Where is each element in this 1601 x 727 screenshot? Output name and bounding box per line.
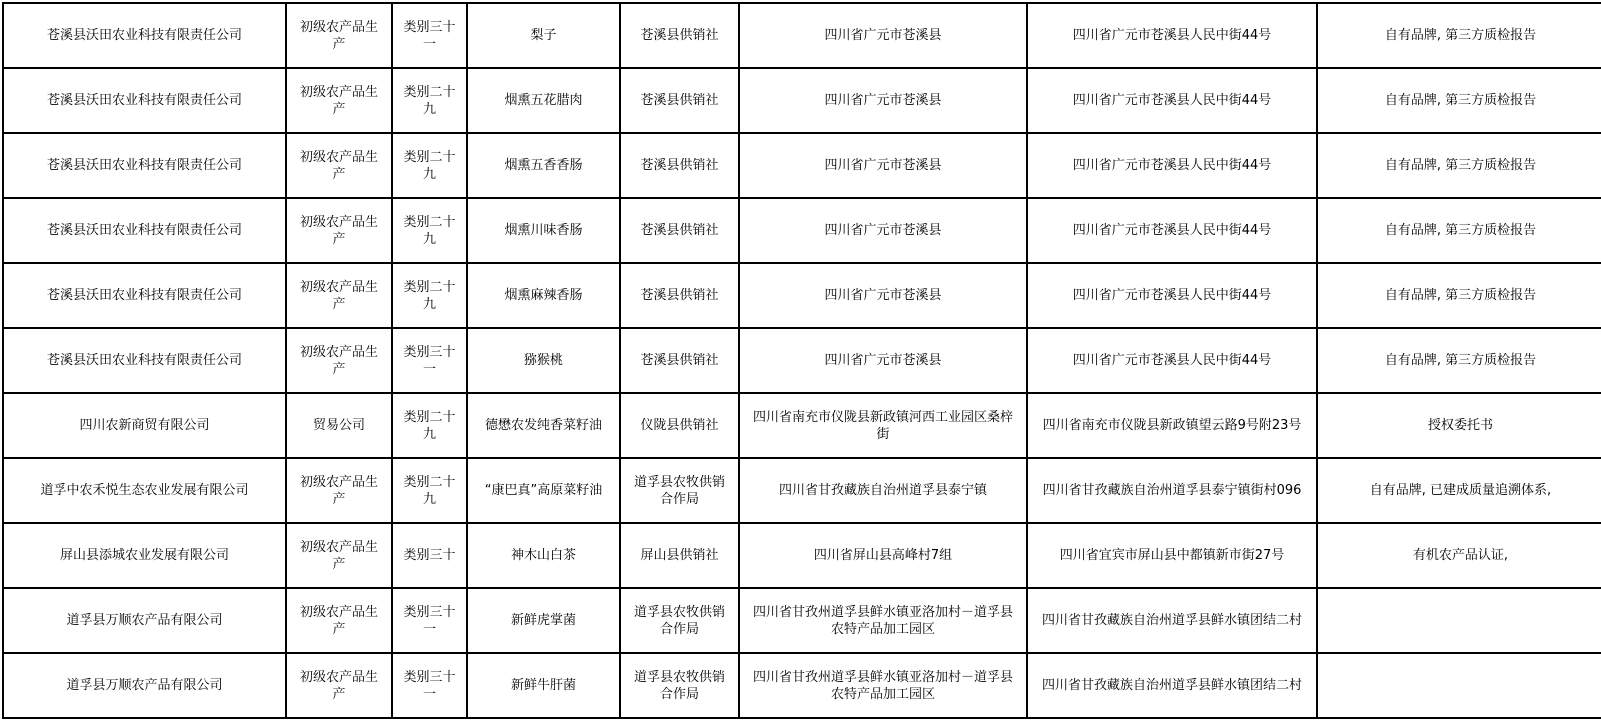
cell-product-name: 烟熏五花腊肉 (467, 68, 620, 133)
cell-registered-address: 四川省宜宾市屏山县中都镇新市街27号 (1027, 523, 1317, 588)
cell-qualification-notes: 自有品牌, 第三方质检报告 (1317, 263, 1601, 328)
cell-category: 类别二十九 (392, 198, 467, 263)
cell-category: 类别二十九 (392, 393, 467, 458)
cell-product-name: 烟熏川味香肠 (467, 198, 620, 263)
cell-registered-address: 四川省广元市苍溪县人民中街44号 (1027, 263, 1317, 328)
cell-qualification-notes: 自有品牌, 第三方质检报告 (1317, 328, 1601, 393)
cell-business-type: 初级农产品生产 (286, 523, 392, 588)
cell-qualification-notes: 自有品牌, 第三方质检报告 (1317, 3, 1601, 68)
cell-supply-cooperative: 道孚县农牧供销合作局 (620, 653, 739, 718)
cell-supply-cooperative: 苍溪县供销社 (620, 328, 739, 393)
cell-registered-address: 四川省广元市苍溪县人民中街44号 (1027, 3, 1317, 68)
table-row: 苍溪县沃田农业科技有限责任公司初级农产品生产类别二十九烟熏川味香肠苍溪县供销社四… (3, 198, 1601, 263)
cell-production-address: 四川省广元市苍溪县 (739, 68, 1027, 133)
cell-company-name: 苍溪县沃田农业科技有限责任公司 (3, 263, 286, 328)
cell-product-name: 神木山白茶 (467, 523, 620, 588)
table-row: 苍溪县沃田农业科技有限责任公司初级农产品生产类别二十九烟熏五花腊肉苍溪县供销社四… (3, 68, 1601, 133)
cell-business-type: 初级农产品生产 (286, 653, 392, 718)
cell-supply-cooperative: 苍溪县供销社 (620, 3, 739, 68)
cell-product-name: 烟熏麻辣香肠 (467, 263, 620, 328)
cell-qualification-notes: 自有品牌, 第三方质检报告 (1317, 68, 1601, 133)
cell-category: 类别二十九 (392, 458, 467, 523)
cell-company-name: 四川农新商贸有限公司 (3, 393, 286, 458)
cell-registered-address: 四川省甘孜藏族自治州道孚县泰宁镇街村096 (1027, 458, 1317, 523)
cell-production-address: 四川省甘孜州道孚县鲜水镇亚洛加村－道孚县农特产品加工园区 (739, 588, 1027, 653)
cell-registered-address: 四川省广元市苍溪县人民中街44号 (1027, 133, 1317, 198)
table-row: 屏山县添城农业发展有限公司初级农产品生产类别三十神木山白茶屏山县供销社四川省屏山… (3, 523, 1601, 588)
cell-business-type: 初级农产品生产 (286, 328, 392, 393)
cell-production-address: 四川省南充市仪陇县新政镇河西工业园区桑梓街 (739, 393, 1027, 458)
cell-production-address: 四川省广元市苍溪县 (739, 3, 1027, 68)
cell-production-address: 四川省广元市苍溪县 (739, 133, 1027, 198)
table-row: 苍溪县沃田农业科技有限责任公司初级农产品生产类别二十九烟熏麻辣香肠苍溪县供销社四… (3, 263, 1601, 328)
cell-company-name: 道孚中农禾悦生态农业发展有限公司 (3, 458, 286, 523)
cell-supply-cooperative: 屏山县供销社 (620, 523, 739, 588)
cell-company-name: 苍溪县沃田农业科技有限责任公司 (3, 198, 286, 263)
cell-qualification-notes: 授权委托书 (1317, 393, 1601, 458)
cell-supply-cooperative: 道孚县农牧供销合作局 (620, 588, 739, 653)
cell-registered-address: 四川省甘孜藏族自治州道孚县鲜水镇团结二村 (1027, 588, 1317, 653)
cell-category: 类别三十一 (392, 3, 467, 68)
cell-category: 类别二十九 (392, 68, 467, 133)
cell-qualification-notes (1317, 653, 1601, 718)
cell-supply-cooperative: 仪陇县供销社 (620, 393, 739, 458)
cell-registered-address: 四川省广元市苍溪县人民中街44号 (1027, 328, 1317, 393)
cell-qualification-notes: 自有品牌, 第三方质检报告 (1317, 133, 1601, 198)
cell-company-name: 苍溪县沃田农业科技有限责任公司 (3, 133, 286, 198)
cell-category: 类别二十九 (392, 133, 467, 198)
supplier-products-table-view: 苍溪县沃田农业科技有限责任公司初级农产品生产类别三十一梨子苍溪县供销社四川省广元… (0, 0, 1601, 727)
cell-production-address: 四川省甘孜州道孚县鲜水镇亚洛加村－道孚县农特产品加工园区 (739, 653, 1027, 718)
cell-product-name: 新鲜虎掌菌 (467, 588, 620, 653)
cell-business-type: 初级农产品生产 (286, 263, 392, 328)
cell-company-name: 苍溪县沃田农业科技有限责任公司 (3, 68, 286, 133)
supplier-products-table: 苍溪县沃田农业科技有限责任公司初级农产品生产类别三十一梨子苍溪县供销社四川省广元… (2, 2, 1601, 719)
cell-qualification-notes (1317, 588, 1601, 653)
cell-category: 类别三十一 (392, 653, 467, 718)
cell-category: 类别三十一 (392, 588, 467, 653)
cell-product-name: 德懋农发纯香菜籽油 (467, 393, 620, 458)
cell-company-name: 屏山县添城农业发展有限公司 (3, 523, 286, 588)
table-row: 四川农新商贸有限公司贸易公司类别二十九德懋农发纯香菜籽油仪陇县供销社四川省南充市… (3, 393, 1601, 458)
cell-product-name: 梨子 (467, 3, 620, 68)
table-row: 苍溪县沃田农业科技有限责任公司初级农产品生产类别三十一猕猴桃苍溪县供销社四川省广… (3, 328, 1601, 393)
cell-production-address: 四川省甘孜藏族自治州道孚县泰宁镇 (739, 458, 1027, 523)
cell-category: 类别三十一 (392, 328, 467, 393)
cell-business-type: 初级农产品生产 (286, 68, 392, 133)
table-body: 苍溪县沃田农业科技有限责任公司初级农产品生产类别三十一梨子苍溪县供销社四川省广元… (3, 3, 1601, 718)
cell-qualification-notes: 有机农产品认证, (1317, 523, 1601, 588)
cell-company-name: 道孚县万顺农产品有限公司 (3, 588, 286, 653)
cell-product-name: 猕猴桃 (467, 328, 620, 393)
table-row: 道孚县万顺农产品有限公司初级农产品生产类别三十一新鲜牛肝菌道孚县农牧供销合作局四… (3, 653, 1601, 718)
cell-supply-cooperative: 苍溪县供销社 (620, 198, 739, 263)
cell-supply-cooperative: 道孚县农牧供销合作局 (620, 458, 739, 523)
cell-qualification-notes: 自有品牌, 已建成质量追溯体系, (1317, 458, 1601, 523)
cell-category: 类别三十 (392, 523, 467, 588)
cell-business-type: 初级农产品生产 (286, 3, 392, 68)
cell-business-type: 初级农产品生产 (286, 588, 392, 653)
table-row: 道孚县万顺农产品有限公司初级农产品生产类别三十一新鲜虎掌菌道孚县农牧供销合作局四… (3, 588, 1601, 653)
cell-registered-address: 四川省甘孜藏族自治州道孚县鲜水镇团结二村 (1027, 653, 1317, 718)
table-row: 苍溪县沃田农业科技有限责任公司初级农产品生产类别二十九烟熏五香香肠苍溪县供销社四… (3, 133, 1601, 198)
cell-registered-address: 四川省南充市仪陇县新政镇望云路9号附23号 (1027, 393, 1317, 458)
cell-supply-cooperative: 苍溪县供销社 (620, 68, 739, 133)
cell-business-type: 初级农产品生产 (286, 133, 392, 198)
cell-production-address: 四川省广元市苍溪县 (739, 198, 1027, 263)
cell-product-name: 新鲜牛肝菌 (467, 653, 620, 718)
cell-qualification-notes: 自有品牌, 第三方质检报告 (1317, 198, 1601, 263)
cell-company-name: 苍溪县沃田农业科技有限责任公司 (3, 328, 286, 393)
cell-category: 类别二十九 (392, 263, 467, 328)
cell-registered-address: 四川省广元市苍溪县人民中街44号 (1027, 68, 1317, 133)
cell-registered-address: 四川省广元市苍溪县人民中街44号 (1027, 198, 1317, 263)
cell-product-name: 烟熏五香香肠 (467, 133, 620, 198)
cell-business-type: 贸易公司 (286, 393, 392, 458)
cell-production-address: 四川省屏山县高峰村7组 (739, 523, 1027, 588)
table-row: 苍溪县沃田农业科技有限责任公司初级农产品生产类别三十一梨子苍溪县供销社四川省广元… (3, 3, 1601, 68)
cell-production-address: 四川省广元市苍溪县 (739, 328, 1027, 393)
cell-company-name: 道孚县万顺农产品有限公司 (3, 653, 286, 718)
table-row: 道孚中农禾悦生态农业发展有限公司初级农产品生产类别二十九“康巴真”高原菜籽油道孚… (3, 458, 1601, 523)
cell-supply-cooperative: 苍溪县供销社 (620, 263, 739, 328)
cell-supply-cooperative: 苍溪县供销社 (620, 133, 739, 198)
cell-production-address: 四川省广元市苍溪县 (739, 263, 1027, 328)
cell-business-type: 初级农产品生产 (286, 458, 392, 523)
cell-business-type: 初级农产品生产 (286, 198, 392, 263)
cell-product-name: “康巴真”高原菜籽油 (467, 458, 620, 523)
cell-company-name: 苍溪县沃田农业科技有限责任公司 (3, 3, 286, 68)
